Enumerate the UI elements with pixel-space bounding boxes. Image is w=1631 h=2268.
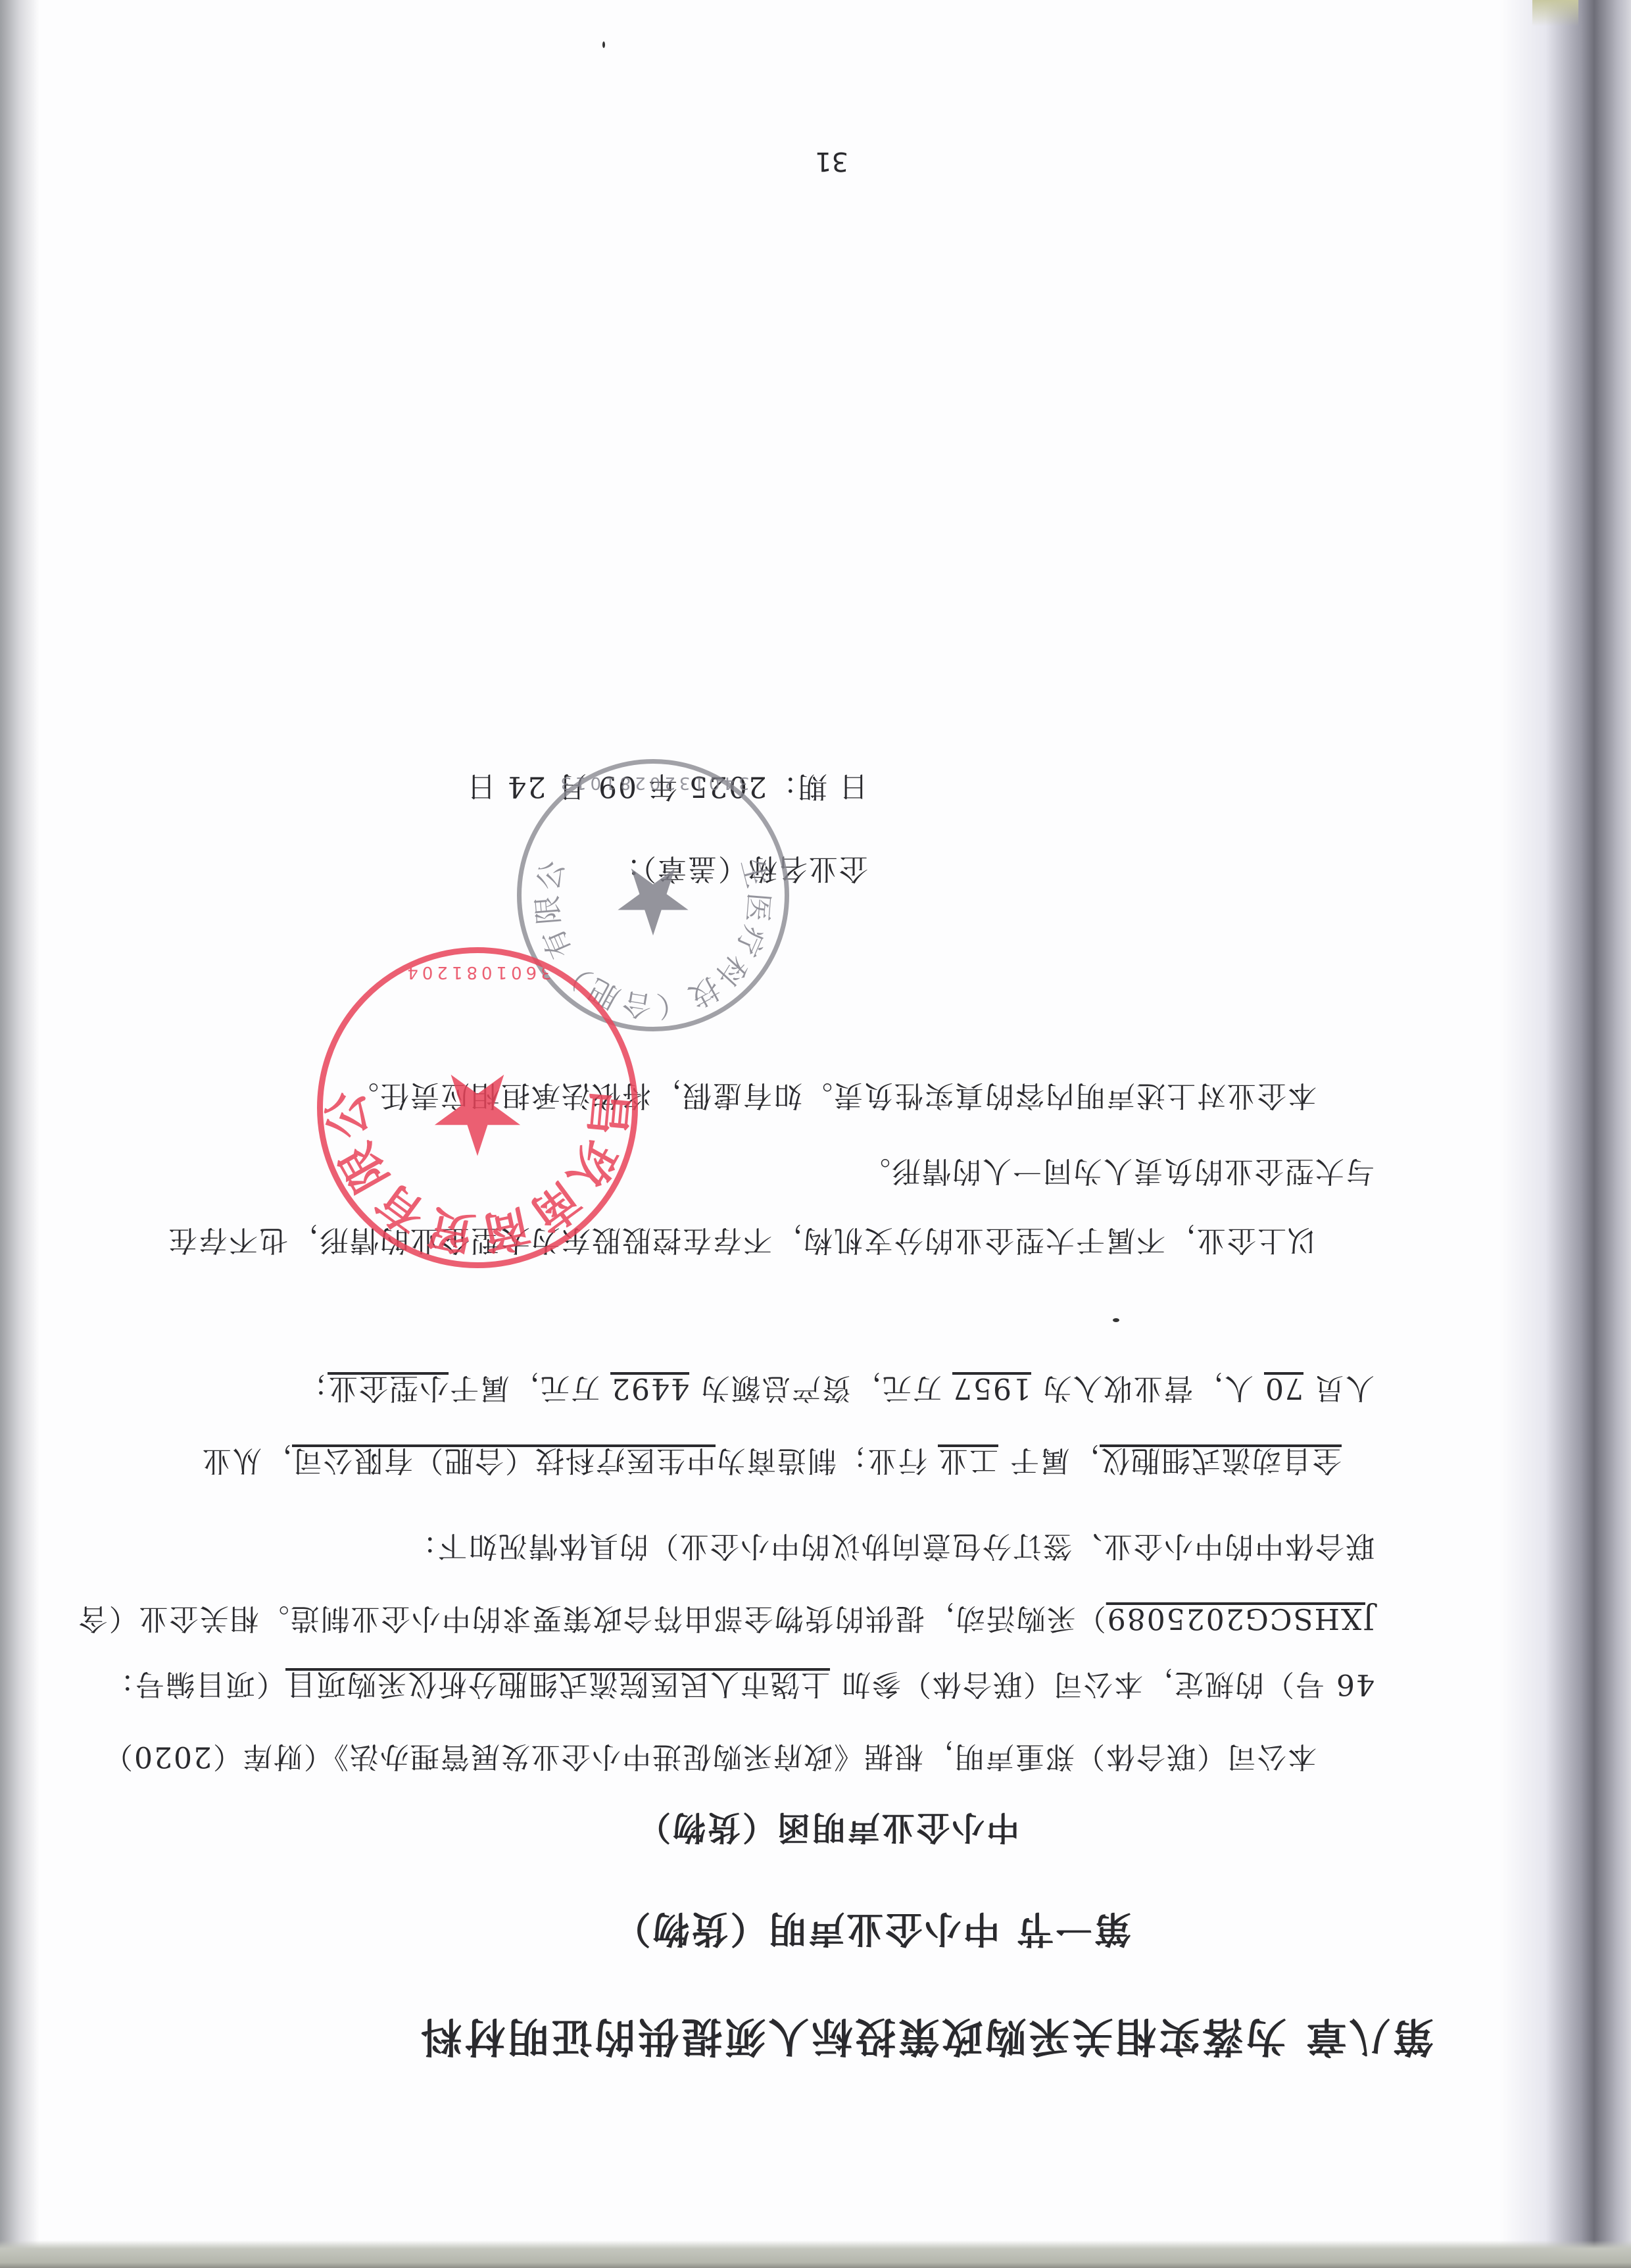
project-name: 上饶市人民医院流式细胞分析仪采购项目 bbox=[285, 1667, 830, 1701]
document-sheet-rotated: 第八章 为落实相关采购政策投标人须提供的证明材料 第一节 中小企业声明（货物） … bbox=[0, 0, 1631, 2268]
body-text: 人员 bbox=[1303, 1371, 1375, 1405]
assets: 4492 bbox=[610, 1371, 689, 1405]
star-icon: ★ bbox=[612, 854, 694, 946]
section-title: 第一节 中小企业声明（货物） bbox=[612, 1909, 1132, 1948]
scan-speck bbox=[1113, 1318, 1119, 1322]
star-icon: ★ bbox=[427, 1058, 527, 1170]
body-paragraph-1-line-4: 联合体中的中小企业、签订分包意向协议的中小企业）的具体情况如下： bbox=[406, 1526, 1375, 1565]
body-paragraph-1-line-1: 本公司（联合体）郑重声明，根据《政府采购促进中小企业发展管理办法》（财库（202… bbox=[103, 1737, 1317, 1776]
seal-number: 3601081204 bbox=[403, 962, 551, 982]
body-text: ； bbox=[297, 1371, 328, 1405]
body-text: 行业；制造商为 bbox=[716, 1444, 938, 1477]
enterprise-info-line-2: 人员 70 人，营业收入为 1957 万元，资产总额为 4492 万元，属于小型… bbox=[297, 1368, 1375, 1408]
enterprise-type: 小型企业 bbox=[328, 1371, 449, 1405]
body-paragraph-1-line-3: JXHSCG2025089）采购活动，提供的货物全部由符合政策要求的中小企业制造… bbox=[78, 1598, 1375, 1638]
body-text: 46 号）的规定，本公司（联合体）参加 bbox=[830, 1667, 1375, 1701]
body-text: （项目编号： bbox=[104, 1667, 285, 1701]
body-text: 万元，资产总额为 bbox=[689, 1371, 952, 1405]
item-name: 全自动流式细胞仪 bbox=[1100, 1444, 1342, 1477]
body-text: 万元，属于 bbox=[449, 1371, 610, 1405]
body-text: ）采购活动，提供的货物全部由符合政策要求的中小企业制造。相关企业（含 bbox=[78, 1602, 1106, 1635]
industry: 工业 bbox=[938, 1444, 998, 1477]
body-text: 人，营业收入为 bbox=[1031, 1371, 1264, 1405]
scan-speck bbox=[602, 41, 605, 48]
body-text: ，从业 bbox=[201, 1444, 292, 1477]
page-number: 31 bbox=[815, 146, 848, 176]
body-paragraph-1-line-2: 46 号）的规定，本公司（联合体）参加 上饶市人民医院流式细胞分析仪采购项目（项… bbox=[104, 1664, 1375, 1704]
seal-number: 3401320281013 bbox=[556, 773, 749, 793]
letter-title: 中小企业声明函（货物） bbox=[636, 1808, 1019, 1847]
staff-count: 70 bbox=[1264, 1371, 1303, 1405]
body-text: ，属于 bbox=[998, 1444, 1100, 1477]
project-id: JXHSCG2025089 bbox=[1106, 1602, 1375, 1635]
revenue: 1957 bbox=[952, 1371, 1031, 1405]
body-paragraph-3-line-2: 与大型企业的负责人为同一人的情形。 bbox=[860, 1151, 1375, 1191]
enterprise-info-line-1: 全自动流式细胞仪，属于 工业 行业；制造商为中生医疗科技（合肥）有限公司，从业 bbox=[201, 1441, 1342, 1480]
chapter-title: 第八章 为落实相关采购政策投标人须提供的证明材料 bbox=[418, 2017, 1434, 2056]
company-seal: 南昌玖南商贸有限公司 ★ 3601081204 bbox=[317, 947, 638, 1268]
manufacturer: 中生医疗科技（合肥）有限公司 bbox=[292, 1444, 716, 1477]
